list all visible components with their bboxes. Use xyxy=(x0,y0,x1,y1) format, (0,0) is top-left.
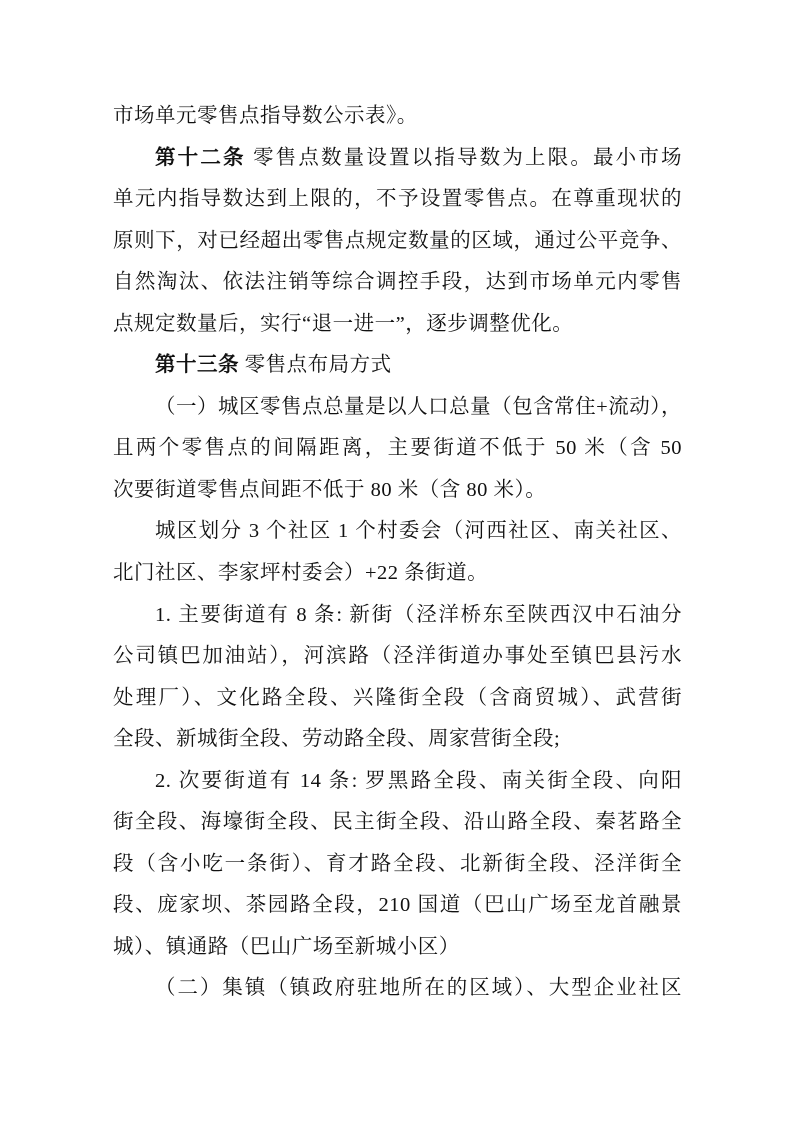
doc-line-14: 公司镇巴加油站），河滨路（泾洋街道办事处至镇巴县污水 xyxy=(113,636,682,678)
doc-line-21: 城）、镇通路（巴山广场至新城小区） xyxy=(113,927,682,969)
doc-line-7: 第十三条 零售点布局方式 xyxy=(113,345,682,387)
doc-line-22: （二）集镇（镇政府驻地所在的区域）、大型企业社区 xyxy=(113,968,682,1010)
doc-line-10: 次要街道零售点间距不低于 80 米（含 80 米）。 xyxy=(113,470,682,512)
doc-line-8: （一）城区零售点总量是以人口总量（包含常住+流动）， xyxy=(113,387,682,429)
doc-line-17: 2. 次要街道有 14 条: 罗黑路全段、南关街全段、向阳 xyxy=(113,761,682,803)
doc-line-6: 点规定数量后，实行“退一进一”，逐步调整优化。 xyxy=(113,304,682,346)
line-text: 北门社区、李家坪村委会）+22 条街道。 xyxy=(113,562,488,584)
doc-line-16: 全段、新城街全段、劳动路全段、周家营街全段; xyxy=(113,719,682,761)
line-text: 城区划分 3 个社区 1 个村委会（河西社区、南关社区、 xyxy=(155,520,682,542)
doc-line-12: 北门社区、李家坪村委会）+22 条街道。 xyxy=(113,553,682,595)
doc-line-3: 单元内指导数达到上限的，不予设置零售点。在尊重现状的 xyxy=(113,179,682,221)
doc-line-20: 段、庞家坝、茶园路全段，210 国道（巴山广场至龙首融景 xyxy=(113,885,682,927)
doc-line-19: 段（含小吃一条街）、育才路全段、北新街全段、泾洋街全 xyxy=(113,844,682,886)
line-text: 次要街道零售点间距不低于 80 米（含 80 米）。 xyxy=(113,479,546,501)
doc-line-15: 处理厂）、文化路全段、兴隆街全段（含商贸城）、武营街 xyxy=(113,678,682,720)
line-text: 街全段、海壕街全段、民主街全段、沿山路全段、秦茗路全 xyxy=(113,811,682,833)
line-text: （二）集镇（镇政府驻地所在的区域）、大型企业社区 xyxy=(155,977,682,999)
line-text: 公司镇巴加油站），河滨路（泾洋街道办事处至镇巴县污水 xyxy=(113,645,682,667)
line-text: 自然淘汰、依法注销等综合调控手段，达到市场单元内零售 xyxy=(113,271,682,293)
line-text: （一）城区零售点总量是以人口总量（包含常住+流动）， xyxy=(155,396,682,418)
doc-line-4: 原则下，对已经超出零售点规定数量的区域，通过公平竞争、 xyxy=(113,221,682,263)
line-text: 全段、新城街全段、劳动路全段、周家营街全段; xyxy=(113,728,560,750)
line-text: 单元内指导数达到上限的，不予设置零售点。在尊重现状的 xyxy=(113,188,682,210)
doc-line-1: 市场单元零售点指导数公示表》。 xyxy=(113,96,682,138)
line-text: 段（含小吃一条街）、育才路全段、北新街全段、泾洋街全 xyxy=(113,853,682,875)
line-text: 处理厂）、文化路全段、兴隆街全段（含商贸城）、武营街 xyxy=(113,687,682,709)
line-text: 段、庞家坝、茶园路全段，210 国道（巴山广场至龙首融景 xyxy=(113,894,682,916)
doc-line-13: 1. 主要街道有 8 条: 新街（泾洋桥东至陕西汉中石油分 xyxy=(113,595,682,637)
doc-line-18: 街全段、海壕街全段、民主街全段、沿山路全段、秦茗路全 xyxy=(113,802,682,844)
doc-line-9: 且两个零售点的间隔距离，主要街道不低于 50 米（含 50 米）; xyxy=(113,428,682,470)
line-text: 零售点布局方式 xyxy=(239,354,392,376)
article-12-heading: 第十二条 xyxy=(155,147,246,169)
doc-line-5: 自然淘汰、依法注销等综合调控手段，达到市场单元内零售 xyxy=(113,262,682,304)
line-text: 零售点数量设置以指导数为上限。最小市场 xyxy=(246,147,682,169)
line-text: 市场单元零售点指导数公示表》。 xyxy=(113,105,418,127)
document-page: 市场单元零售点指导数公示表》。 第十二条 零售点数量设置以指导数为上限。最小市场… xyxy=(0,0,793,1122)
document-text-block: 市场单元零售点指导数公示表》。 第十二条 零售点数量设置以指导数为上限。最小市场… xyxy=(113,96,682,1010)
line-text: 1. 主要街道有 8 条: 新街（泾洋桥东至陕西汉中石油分 xyxy=(155,604,682,626)
line-text: 城）、镇通路（巴山广场至新城小区） xyxy=(113,936,460,958)
line-text: 点规定数量后，实行“退一进一”，逐步调整优化。 xyxy=(113,313,573,335)
doc-line-11: 城区划分 3 个社区 1 个村委会（河西社区、南关社区、 xyxy=(113,511,682,553)
line-text: 2. 次要街道有 14 条: 罗黑路全段、南关街全段、向阳 xyxy=(155,770,682,792)
doc-line-2: 第十二条 零售点数量设置以指导数为上限。最小市场 xyxy=(113,138,682,180)
line-text: 原则下，对已经超出零售点规定数量的区域，通过公平竞争、 xyxy=(113,230,682,252)
article-13-heading: 第十三条 xyxy=(155,354,239,376)
line-text: 且两个零售点的间隔距离，主要街道不低于 50 米（含 50 米）; xyxy=(113,437,682,470)
